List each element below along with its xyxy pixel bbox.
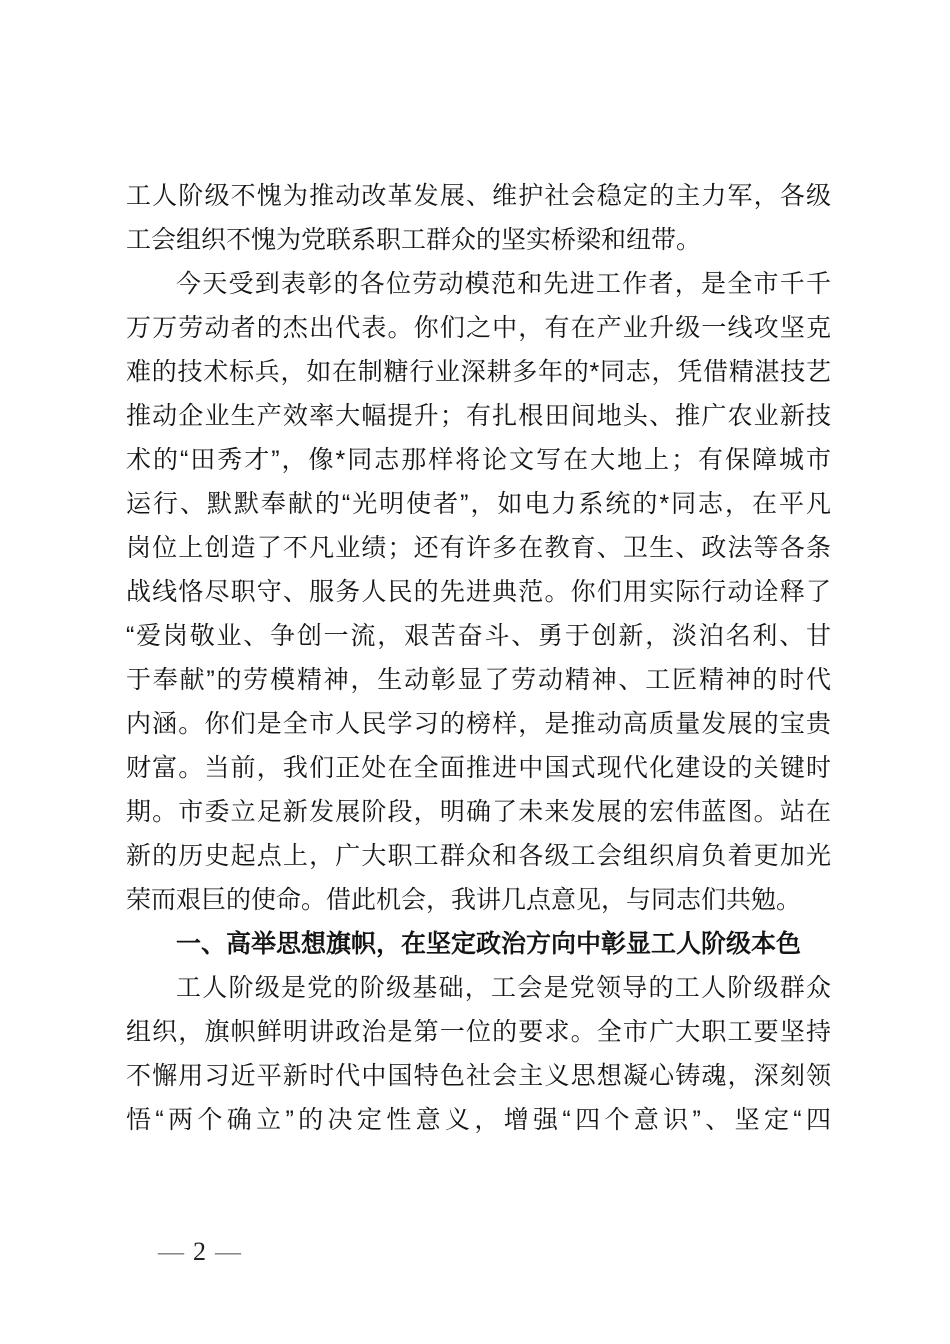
document-page: 工人阶级不愧为推动改革发展、维护社会稳定的主力军，各级工会组织不愧为党联系职工群… — [0, 0, 950, 1344]
text-line: 岗位上创造了不凡业绩；还有许多在教育、卫生、政法等各条 — [126, 526, 831, 570]
text-line: 荣而艰巨的使命。借此机会，我讲几点意见，与同志们共勉。 — [126, 878, 831, 922]
text-line: 战线恪尽职守、服务人民的先进典范。你们用实际行动诠释了 — [126, 570, 831, 614]
text-line: 工人阶级不愧为推动改革发展、维护社会稳定的主力军，各级 — [126, 174, 831, 218]
text-line: 期。市委立足新发展阶段，明确了未来发展的宏伟蓝图。站在 — [126, 790, 831, 834]
text-line: 今天受到表彰的各位劳动模范和先进工作者，是全市千千 — [126, 262, 831, 306]
text-line: 新的历史起点上，广大职工群众和各级工会组织肩负着更加光 — [126, 834, 831, 878]
text-line: 财富。当前，我们正处在全面推进中国式现代化建设的关键时 — [126, 746, 831, 790]
footer-left-dash: — — [158, 1237, 184, 1266]
document-body: 工人阶级不愧为推动改革发展、维护社会稳定的主力军，各级工会组织不愧为党联系职工群… — [126, 174, 831, 1142]
text-line: 术的“田秀才”，像*同志那样将论文写在大地上；有保障城市 — [126, 438, 831, 482]
section-heading: 一、高举思想旗帜，在坚定政治方向中彰显工人阶级本色 — [126, 922, 831, 966]
page-footer: —2— — [158, 1238, 241, 1266]
text-line: “爱岗敬业、争创一流，艰苦奋斗、勇于创新，淡泊名利、甘 — [126, 614, 831, 658]
text-line: 组织，旗帜鲜明讲政治是第一位的要求。全市广大职工要坚持 — [126, 1010, 831, 1054]
text-line: 于奉献”的劳模精神，生动彰显了劳动精神、工匠精神的时代 — [126, 658, 831, 702]
text-line: 运行、默默奉献的“光明使者”，如电力系统的*同志，在平凡 — [126, 482, 831, 526]
text-line: 悟“两个确立”的决定性意义，增强“四个意识”、坚定“四 — [126, 1098, 831, 1142]
text-line: 万万劳动者的杰出代表。你们之中，有在产业升级一线攻坚克 — [126, 306, 831, 350]
text-line: 工会组织不愧为党联系职工群众的坚实桥梁和纽带。 — [126, 218, 831, 262]
footer-right-dash: — — [215, 1237, 241, 1266]
text-line: 推动企业生产效率大幅提升；有扎根田间地头、推广农业新技 — [126, 394, 831, 438]
text-line: 不懈用习近平新时代中国特色社会主义思想凝心铸魂，深刻领 — [126, 1054, 831, 1098]
page-number: 2 — [193, 1237, 206, 1266]
text-line: 难的技术标兵，如在制糖行业深耕多年的*同志，凭借精湛技艺 — [126, 350, 831, 394]
text-line: 内涵。你们是全市人民学习的榜样，是推动高质量发展的宝贵 — [126, 702, 831, 746]
text-line: 工人阶级是党的阶级基础，工会是党领导的工人阶级群众 — [126, 966, 831, 1010]
